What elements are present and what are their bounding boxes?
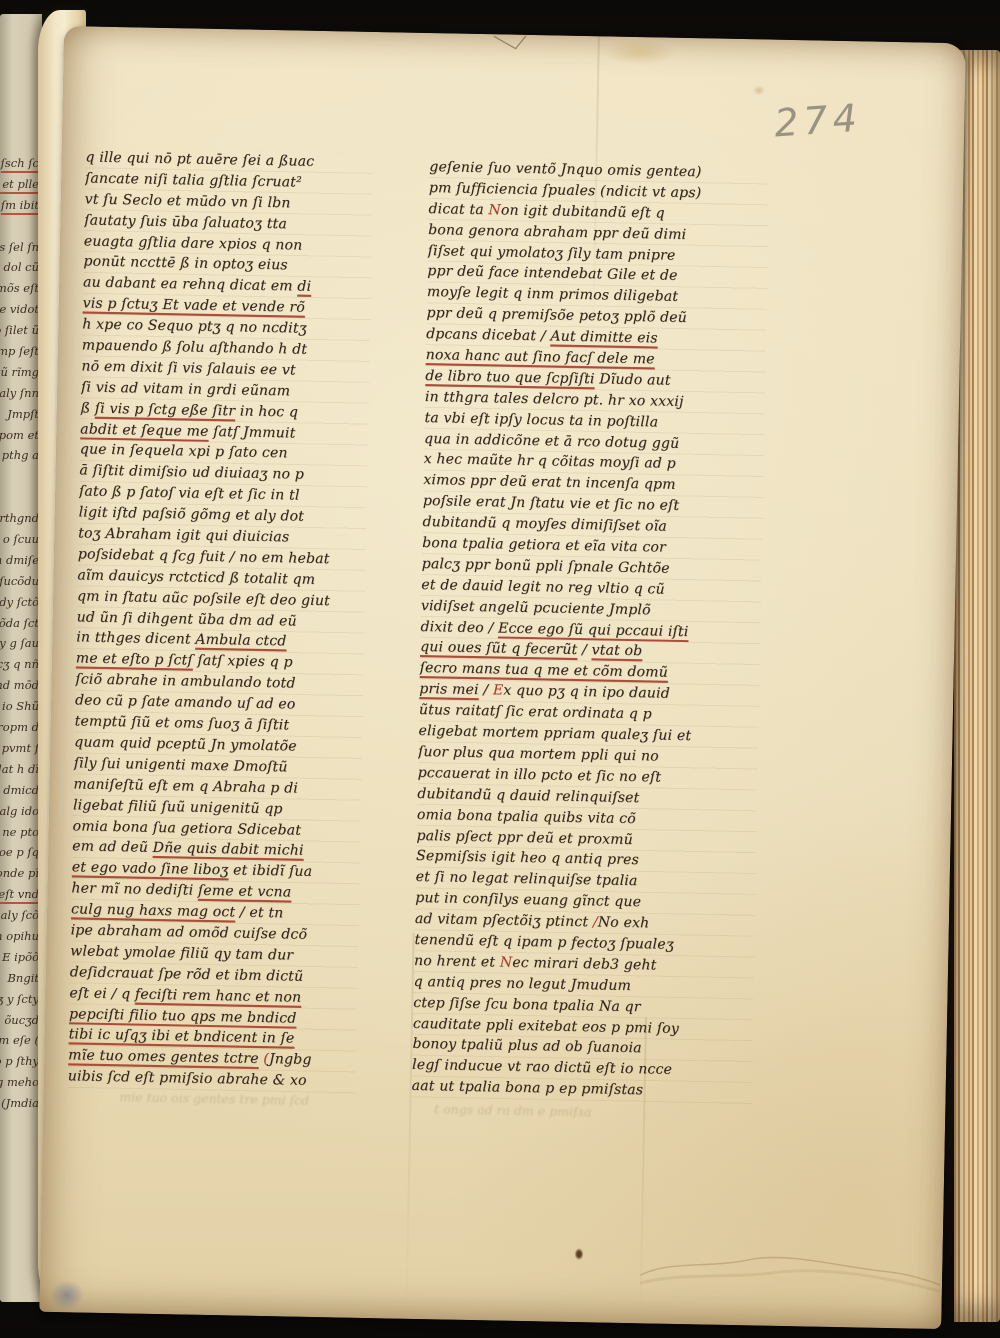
previous-page-sliver: ſsch ſccd et plleſm ibitmas ſel ſnita do…: [0, 14, 42, 1302]
text-column-right: geſenie ſuo ventõ Jnquo omis gentea)pm ſ…: [411, 157, 769, 1104]
manuscript-photo: ſsch ſccd et plleſm ibitmas ſel ſnita do…: [0, 0, 1000, 1338]
text-line: in dmiſe: [0, 550, 39, 571]
text-line: ēe vidot: [0, 299, 39, 320]
text-line: omõs eſt: [0, 278, 39, 299]
text-line: cd et plle: [0, 174, 39, 195]
wormhole-spot: [574, 1248, 583, 1260]
text-line: ßcʒ q nñ: [0, 654, 39, 675]
text-line: E ipõõ: [0, 947, 39, 968]
water-stain-tideline: [640, 1233, 941, 1309]
text-line: tõda ſct: [0, 613, 39, 634]
text-line: Bngit: [0, 968, 39, 989]
text-line: ʒ y ſcty: [0, 989, 39, 1010]
stain: [603, 38, 675, 65]
text-line: mas ſel ſn: [0, 237, 39, 258]
page-number-pencil: 274: [773, 96, 863, 146]
text-line: rthgnd: [0, 508, 39, 529]
text-line: õucʒd: [0, 1010, 39, 1031]
text-line: g meho: [0, 1072, 39, 1093]
text-line: [0, 466, 39, 487]
text-line: t io Shũ: [0, 696, 39, 717]
text-line: t ropm d: [0, 717, 39, 738]
text-line: ita dol cũ: [0, 257, 39, 278]
text-column-left: q ille qui nō pt auēre ſei a ßuacſancate…: [68, 147, 374, 1093]
text-line: ſoy g ſau: [0, 633, 39, 654]
stain: [753, 85, 765, 95]
text-line: ualg ido: [0, 801, 39, 822]
text-line: in pvmt ſ: [0, 738, 39, 759]
text-line: cũ rĩmg: [0, 362, 39, 383]
text-line: Jmpſt: [0, 404, 39, 425]
text-line: nd mōd: [0, 675, 39, 696]
text-line: dat h dĩ: [0, 759, 39, 780]
manuscript-page: 274 q ille qui nō pt auēre ſei a ßuacſan…: [39, 26, 966, 1329]
text-line: aly ſnn: [0, 383, 39, 404]
text-line: oe p ſq: [0, 842, 39, 863]
fold-notch-mark: [492, 34, 528, 55]
ink-offset-ghost: mie tuo ois gentes tre pmi ſcd: [119, 1089, 355, 1109]
text-line: [0, 487, 39, 508]
text-line: o p ſthy: [0, 1051, 39, 1072]
ink-offset-ghost: t ongs ad ra dm e pmiſsa: [434, 1101, 744, 1122]
text-line: pthg a: [0, 445, 39, 466]
text-line: ſm ibit: [0, 195, 39, 216]
text-line: uibis ſcd eſt pmiſsio abrahe & xo: [68, 1066, 356, 1092]
text-line: ſsch ſc: [0, 153, 39, 174]
text-line: m opihu: [0, 926, 39, 947]
text-line: t aly ſcõ: [0, 905, 39, 926]
text-line: Jmdia): [0, 1093, 39, 1114]
text-line: o ſcuu: [0, 529, 39, 550]
text-line: o ſilet ũ: [0, 320, 39, 341]
text-line: pom et: [0, 425, 39, 446]
text-line: ady ſctõ: [0, 592, 39, 613]
text-line: [0, 216, 39, 237]
text-line: ) ſm eſe: [0, 1030, 39, 1051]
text-line: ʒ dmicd: [0, 780, 39, 801]
text-line: onde pĩ: [0, 863, 39, 884]
text-line: ſucõdu: [0, 571, 39, 592]
text-line: ne pto: [0, 822, 39, 843]
binding-glint: [50, 1280, 84, 1310]
previous-page-text-fragments: ſsch ſccd et plleſm ibitmas ſel ſnita do…: [0, 153, 39, 1114]
text-line: eſt vnd: [0, 884, 39, 905]
text-line: tamp ſeſt: [0, 341, 39, 362]
